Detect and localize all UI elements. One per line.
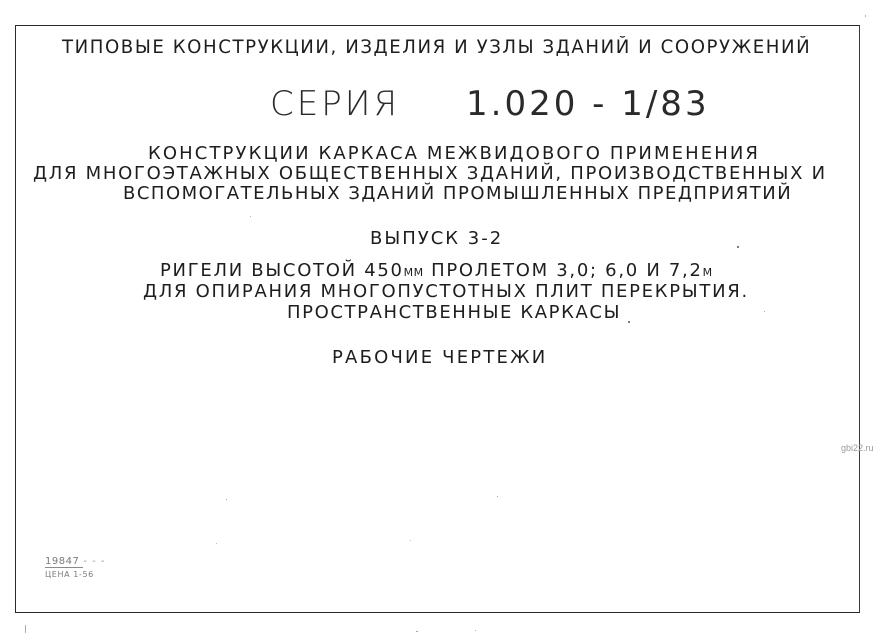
- scan-speck: [475, 630, 476, 631]
- description-line-2: ДЛЯ ОПИРАНИЯ МНОГОПУСТОТНЫХ ПЛИТ ПЕРЕКРЫ…: [143, 281, 749, 302]
- scan-speck: [410, 540, 411, 541]
- scan-speck: [737, 246, 739, 248]
- issue-number: ВЫПУСК 3-2: [370, 228, 503, 249]
- stamp-dashes: - - -: [83, 556, 105, 567]
- inventory-number: 19847: [45, 557, 83, 568]
- inventory-stamp: 19847- - - ЦЕНА 1-56: [45, 557, 106, 579]
- unit-m: М: [703, 266, 713, 279]
- subtitle-line-1: КОНСТРУКЦИИ КАРКАСА МЕЖВИДОВОГО ПРИМЕНЕН…: [148, 143, 760, 164]
- subtitle-line-3: ВСПОМОГАТЕЛЬНЫХ ЗДАНИЙ ПРОМЫШЛЕННЫХ ПРЕД…: [123, 183, 792, 204]
- scan-speck: [764, 311, 765, 312]
- series-label: СЕРИЯ: [270, 84, 400, 124]
- scan-speck: [226, 499, 227, 500]
- series-number: 1.020 - 1/83: [466, 84, 710, 124]
- scan-speck: [25, 625, 26, 633]
- scan-speck: [216, 543, 217, 544]
- description-text: ПРОЛЕТОМ 3,0; 6,0 И 7,2: [424, 260, 703, 281]
- scan-speck: [497, 496, 498, 497]
- scan-speck: [250, 216, 251, 217]
- subtitle-line-2: ДЛЯ МНОГОЭТАЖНЫХ ОБЩЕСТВЕННЫХ ЗДАНИЙ, ПР…: [33, 163, 827, 184]
- description-line-1: РИГЕЛИ ВЫСОТОЙ 450ММ ПРОЛЕТОМ 3,0; 6,0 И…: [160, 260, 713, 281]
- price-label: ЦЕНА 1-56: [45, 571, 106, 579]
- scan-speck: [628, 321, 630, 323]
- description-text: РИГЕЛИ ВЫСОТОЙ 450: [160, 260, 404, 281]
- unit-mm: ММ: [404, 266, 424, 279]
- document-header: ТИПОВЫЕ КОНСТРУКЦИИ, ИЗДЕЛИЯ И УЗЛЫ ЗДАН…: [62, 37, 811, 58]
- description-line-3: ПРОСТРАНСТВЕННЫЕ КАРКАСЫ: [287, 302, 621, 323]
- scan-speck: [865, 15, 866, 17]
- working-drawings-label: РАБОЧИЕ ЧЕРТЕЖИ: [332, 347, 547, 368]
- watermark-text: gbi22.ru: [841, 443, 874, 453]
- scan-speck: [416, 631, 418, 632]
